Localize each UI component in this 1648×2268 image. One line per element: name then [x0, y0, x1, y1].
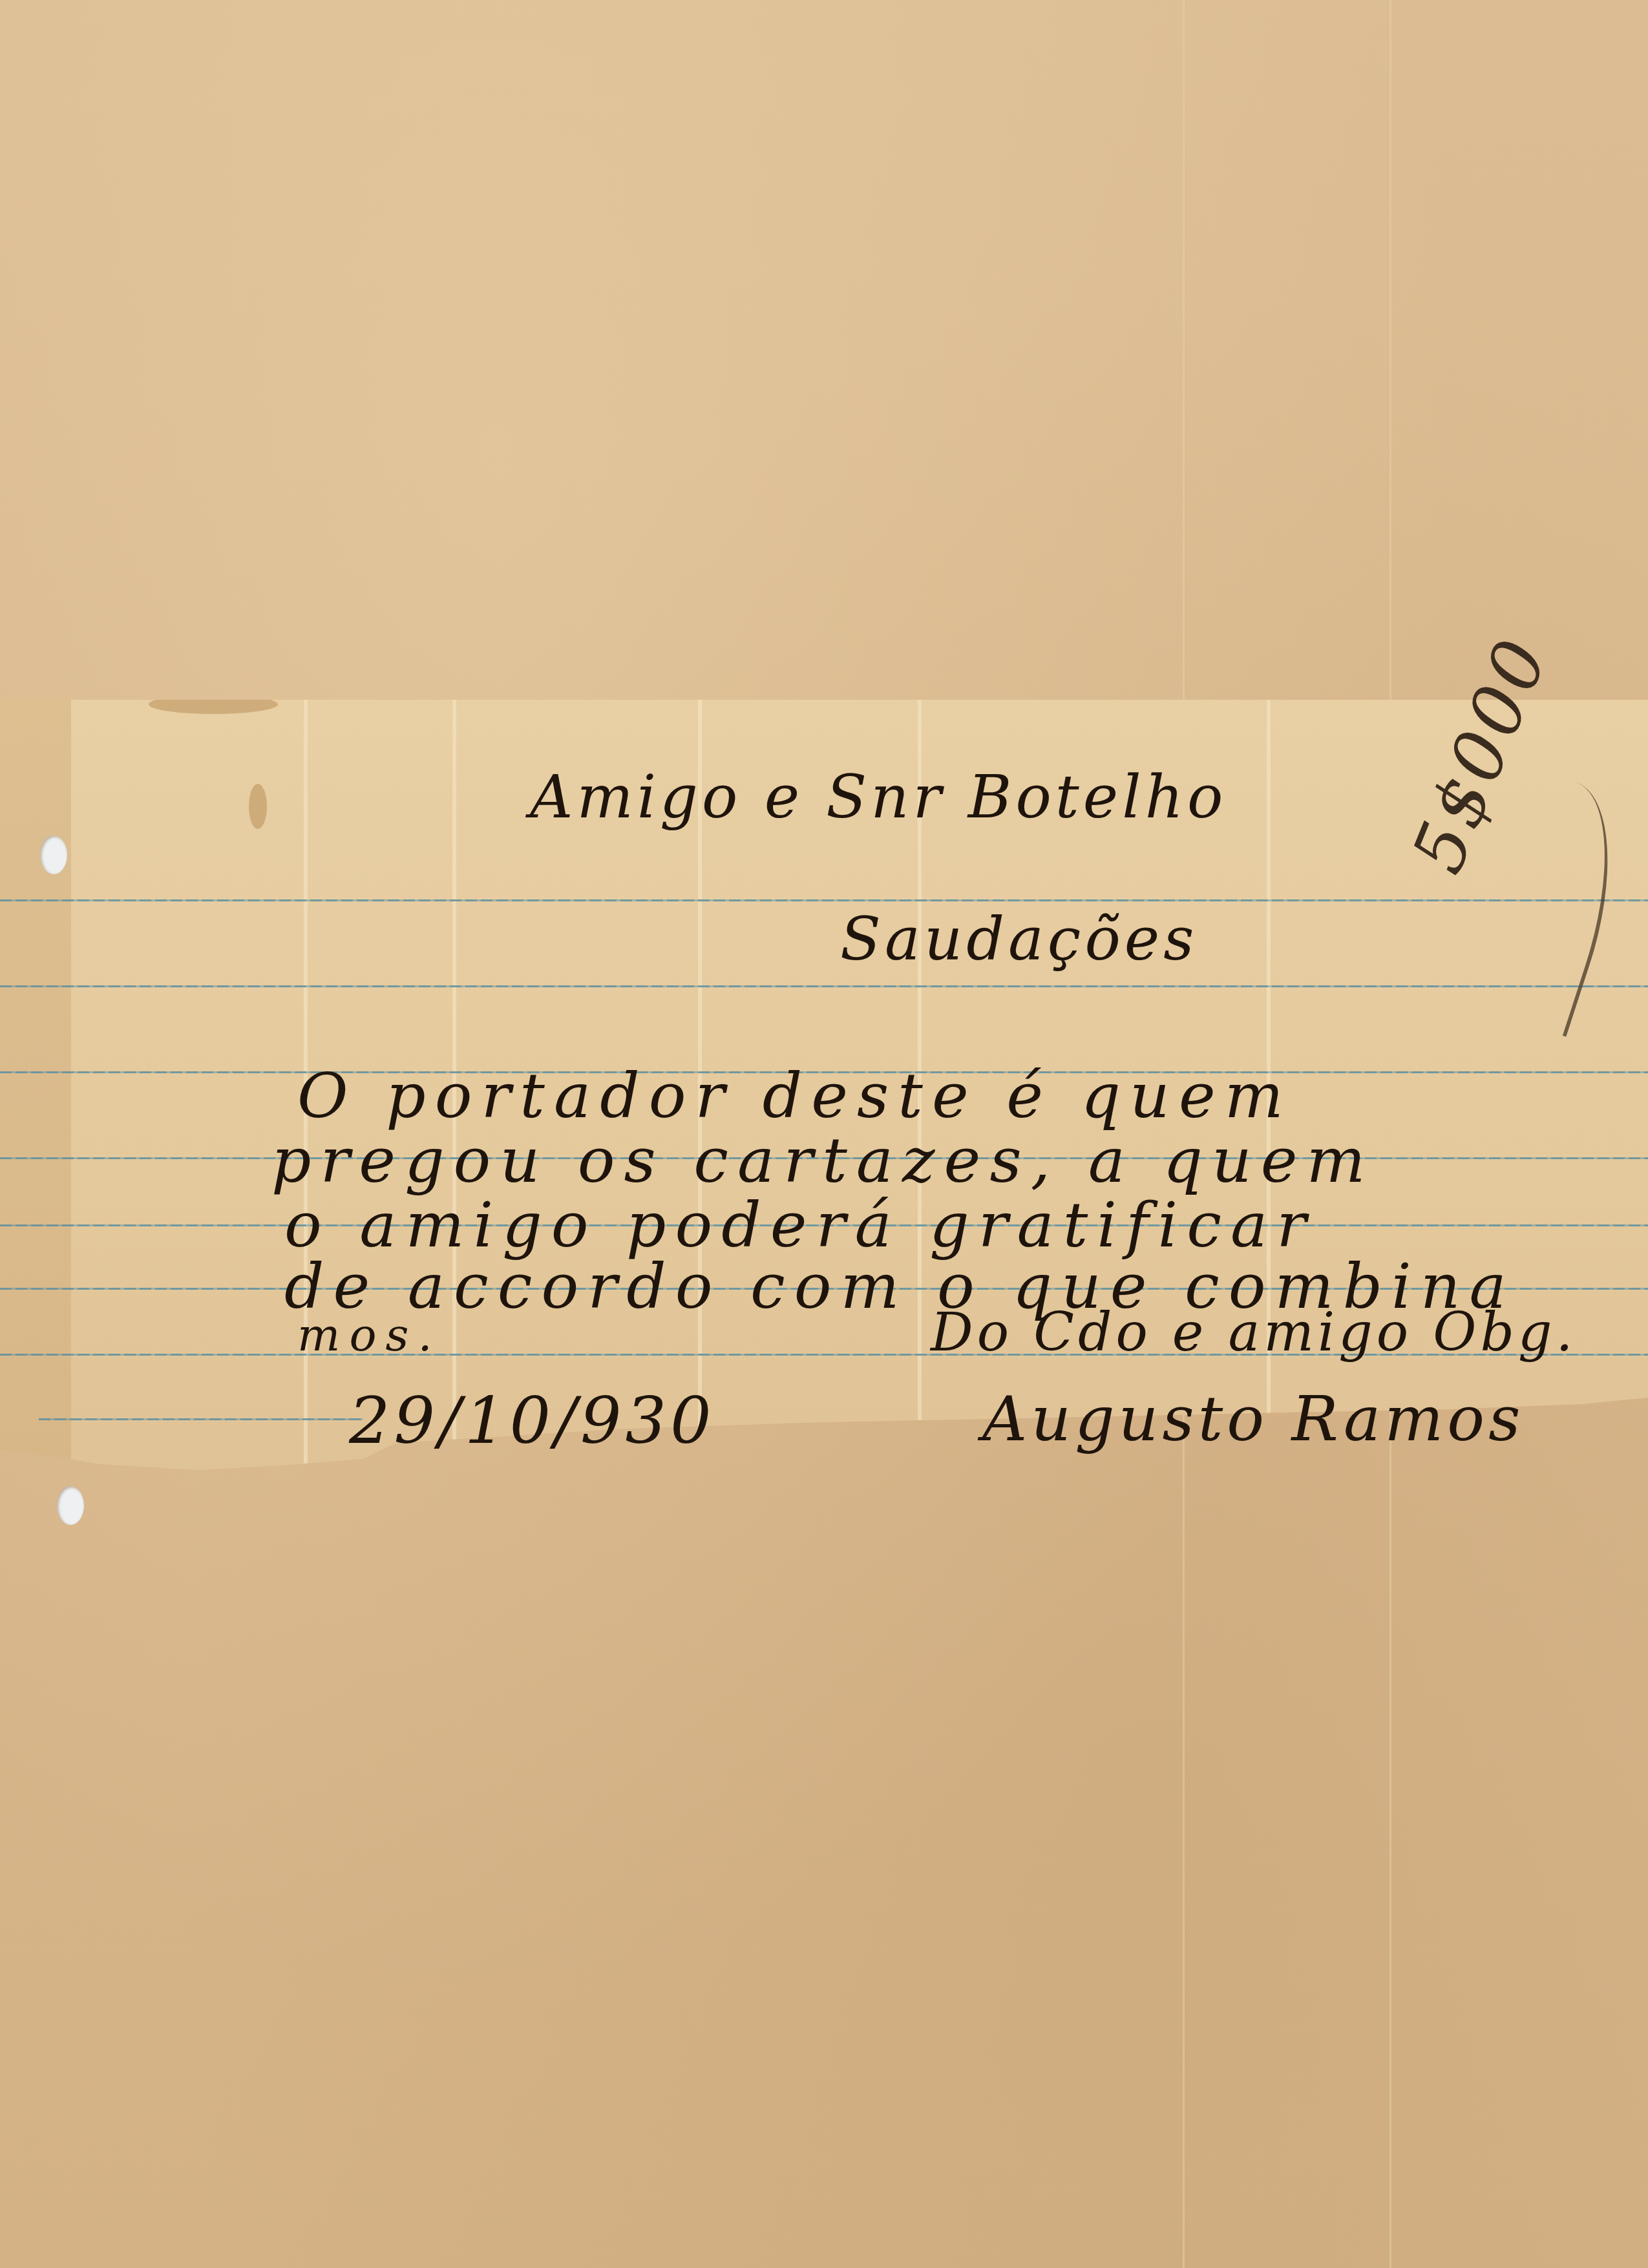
note-greeting: Saudações [840, 905, 1198, 974]
note-signature: Augusto Ramos [982, 1383, 1524, 1455]
punch-hole [57, 1486, 84, 1525]
note-body-line: pregou os cartazes, a quem [271, 1124, 1375, 1197]
rule-line [39, 1418, 363, 1420]
water-stain [249, 784, 267, 829]
note-margin-strip [0, 700, 71, 1501]
note-body-line: mos. [297, 1308, 441, 1361]
note-closing: Do Cdo e amigo Obg. [931, 1302, 1577, 1363]
note-salutation: Amigo e Snr Botelho [530, 762, 1227, 832]
note-body-line: O portador deste é quem [297, 1060, 1293, 1132]
rule-line [0, 899, 1648, 901]
note-date: 29/10/930 [349, 1383, 715, 1458]
rule-line [0, 985, 1648, 987]
punch-hole [40, 835, 67, 874]
